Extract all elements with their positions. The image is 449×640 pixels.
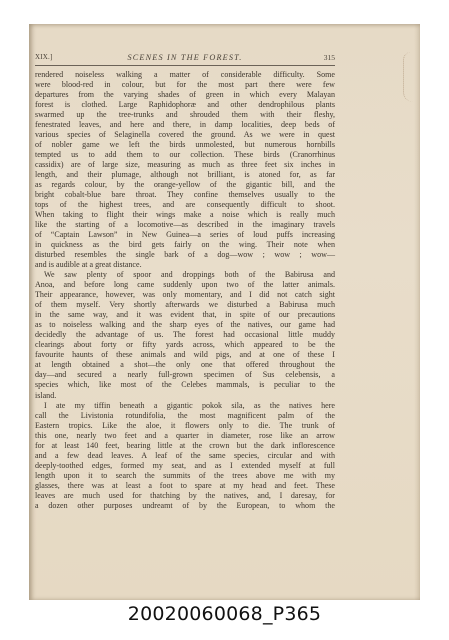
text-line: various species of Selaginella covered t… <box>35 130 335 140</box>
image-caption: 20020060068_P365 <box>0 603 449 625</box>
text-line: call the Livistonia rotundifolia, the mo… <box>35 411 335 421</box>
text-line: favourite haunts of these animals and wi… <box>35 350 335 360</box>
text-line: as to noiseless walking and the sharp ey… <box>35 320 335 330</box>
text-line: and a few dead leaves. A leaf of the sam… <box>35 451 335 461</box>
text-line: We saw plenty of spoor and droppings bot… <box>35 270 335 280</box>
text-line: decidedly the advantage of us. The fores… <box>35 330 335 340</box>
text-line: When taking to flight their wings make a… <box>35 210 335 220</box>
text-line: departures from the varying shades of gr… <box>35 90 335 100</box>
running-head: XIX.] SCENES IN THE FOREST. 315 <box>35 53 335 65</box>
text-line: clearings about forty or fifty yards acr… <box>35 340 335 350</box>
text-line: for at least 140 feet, bearing little at… <box>35 441 335 451</box>
text-line: of “Captain Lawson” in New Guinea—a seri… <box>35 230 335 240</box>
text-line: at length obtained a shot—the only one t… <box>35 360 335 370</box>
text-line: in quickness as the bird gets fairly on … <box>35 240 335 250</box>
page-edge-stain <box>403 52 418 102</box>
text-line: leaves are much used for thatching by th… <box>35 491 335 501</box>
text-line: like the starting of a locomotive—as des… <box>35 220 335 230</box>
text-line: Anoa, and before long came suddenly upon… <box>35 280 335 290</box>
text-line: were blood-red in colour, but for the mo… <box>35 80 335 90</box>
text-line: deeply-toothed edges, formed my seat, an… <box>35 461 335 471</box>
header-rule <box>35 65 335 66</box>
text-line: rendered noiseless walking a matter of c… <box>35 70 335 80</box>
text-line: tops of the highest trees, and are conse… <box>35 200 335 210</box>
text-line: and is audible at a great distance. <box>35 260 335 270</box>
text-line: of them myself. Very shortly afterwards … <box>35 300 335 310</box>
body-text: rendered noiseless walking a matter of c… <box>35 70 335 511</box>
text-line: length upon it to search the summits of … <box>35 471 335 481</box>
text-line: I ate my tiffin beneath a gigantic pokok… <box>35 401 335 411</box>
text-line: Eastern tropics. Like the aloe, it flowe… <box>35 421 335 431</box>
chapter-title: SCENES IN THE FOREST. <box>35 53 335 62</box>
text-line: fenestrated leaves, and here and there, … <box>35 120 335 130</box>
text-line: day—and secured a nearly full-grown spec… <box>35 370 335 380</box>
text-line: bright cobalt-blue bare throat. They con… <box>35 190 335 200</box>
text-line: a dozen other purposes undreamt of by th… <box>35 501 335 511</box>
text-line: disturbed resembles the single bark of a… <box>35 250 335 260</box>
text-line: island. <box>35 391 335 401</box>
text-line: Their appearance, however, was only mome… <box>35 290 335 300</box>
page-number: 315 <box>324 53 335 62</box>
text-line: forest is clothed. Large Raphidophoræ an… <box>35 100 335 110</box>
text-line: swarmed up the tree-trunks and shrouded … <box>35 110 335 120</box>
text-line: this one, nearly two feet and a quarter … <box>35 431 335 441</box>
text-line: glasses, there was at least a foot to sp… <box>35 481 335 491</box>
text-line: length, and their plumage, although not … <box>35 170 335 180</box>
text-line: species which, like most of the Celebes … <box>35 380 335 390</box>
text-line: of nobler game we left the birds unmoles… <box>35 140 335 150</box>
text-line: as regards colour, by the orange-yellow … <box>35 180 335 190</box>
text-line: cassidix) are of large size, measuring a… <box>35 160 335 170</box>
text-line: in the same way, and it was evident that… <box>35 310 335 320</box>
text-line: tempted us to add them to our collection… <box>35 150 335 160</box>
